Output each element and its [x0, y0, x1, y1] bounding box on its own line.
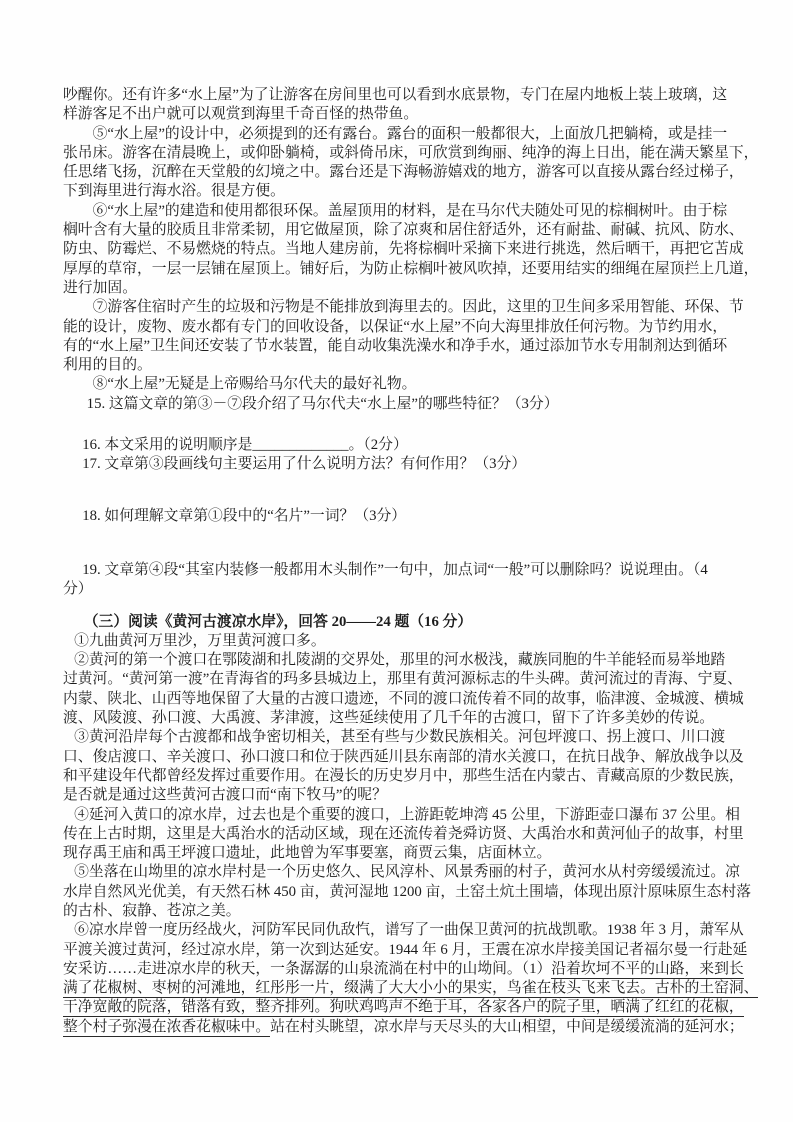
- paragraph-5b-start: ⑤坐落在山坳里的凉水岸村是一个历史悠久、民风淳朴、风景秀丽的村子，黄河水从村旁缓…: [63, 863, 731, 882]
- text-segment: 下到海里进行海水浴。很是方便。: [63, 183, 285, 199]
- text-segment: 口、俊店渡口、辛关渡口、孙口渡口和位于陕西延川县东南部的清水关渡口，在抗日战争、…: [63, 749, 744, 765]
- text-line: 平渡关渡过黄河，经过凉水岸，第一次到达延安。1944 年 6 月，王震在凉水岸接…: [63, 941, 731, 960]
- text-line: 进行加固。: [63, 279, 731, 298]
- text-segment: 平渡关渡过黄河，经过凉水岸，第一次到达延安。1944 年 6 月，王震在凉水岸接…: [63, 942, 747, 958]
- text-line: 吵醒你。还有许多“水上屋”为了让游客在房间里也可以看到水底景物，专门在屋内地板上…: [63, 86, 731, 105]
- answer-space: [63, 475, 731, 507]
- text-segment: 是否就是通过这些黄河古渡口而“南下牧马”的呢？: [63, 787, 387, 803]
- text-segment: ⑦游客住宿时产生的垃圾和污物是不能排放到海里去的。因此，这里的卫生间多采用智能、…: [93, 299, 744, 315]
- text-line: 防虫、防霉烂、不易燃烧的特点。当地人建房前，先将棕榈叶采摘下来进行挑选，然后晒干…: [63, 240, 731, 259]
- paragraph-7-start: ⑦游客住宿时产生的垃圾和污物是不能排放到海里去的。因此，这里的卫生间多采用智能、…: [63, 298, 731, 317]
- text-segment: 分）: [63, 581, 93, 597]
- text-segment: 进行加固。: [63, 280, 137, 296]
- section-heading: （三）阅读《黄河古渡凉水岸》，回答 20——24 题（16 分）: [63, 613, 731, 632]
- text-line: 下到海里进行海水浴。很是方便。: [63, 182, 731, 201]
- text-segment: （三）阅读《黄河古渡凉水岸》，回答 20——24 题（16 分）: [84, 614, 472, 630]
- text-line: 传在上古时期，这里是大禹治水的活动区域，现在还流传着尧舜访贤、大禹治水和黄河仙子…: [63, 825, 731, 844]
- text-line: 榈叶含有大量的胶质且非常柔韧，用它做屋顶，除了凉爽和居住舒适外，还有耐盐、耐碱、…: [63, 221, 731, 240]
- text-segment: 过黄河。“黄河第一渡”在青海省的玛多县城边上，那里有黄河源标志的牛头碑。黄河流过…: [63, 671, 742, 687]
- text-segment: 利用的目的。: [63, 357, 152, 373]
- text-segment: 防虫、防霉烂、不易燃烧的特点。当地人建房前，先将棕榈叶采摘下来进行挑选，然后晒干…: [63, 241, 744, 257]
- text-segment: ⑧“水上屋”无疑是上帝赐给马尔代夫的最好礼物。: [93, 376, 417, 392]
- text-segment: 内蒙、陕北、山西等地保留了大量的古渡口遗迹，不同的渡口流传着不同的故事，临津渡、…: [63, 691, 744, 707]
- text-line: 厚厚的草帘，一层一层铺在屋顶上。铺好后，为防止棕榈叶被风吹掉，还要用结实的细绳在…: [63, 260, 731, 279]
- question-18: 18. 如何理解文章第①段中的“名片”一词？（3分）: [63, 507, 731, 526]
- text-segment: 15. 这篇文章的第③－⑦段介绍了马尔代夫“水上屋”的哪些特征？（3分）: [87, 396, 559, 412]
- underlined-sentence-end: 整个村子弥漫在浓香花椒味中。站在村头眺望，凉水岸与天尽头的大山相望，中间是缓缓流…: [63, 1018, 731, 1037]
- text-segment: 任思绪飞扬，沉醉在天堂般的幻境之中。露台还是下海畅游嬉戏的地方，游客可以直接从露…: [63, 164, 744, 180]
- text-segment: ⑤坐落在山坳里的凉水岸村是一个历史悠久、民风淳朴、风景秀丽的村子，黄河水从村旁缓…: [74, 864, 740, 880]
- text-line: 渡、风陵渡、孙口渡、大禹渡、茅津渡，这些延续使用了几千年的古渡口，留下了许多美妙…: [63, 709, 731, 728]
- underlined-passage: 整个村子弥漫在浓香花椒味中。: [63, 1019, 270, 1037]
- text-line: 干净宽敞的院落，错落有致，整齐排列。狗吠鸡鸣声不绝于耳，各家各户的院子里，晒满了…: [63, 998, 731, 1017]
- text-line: 过黄河。“黄河第一渡”在青海省的玛多县城边上，那里有黄河源标志的牛头碑。黄河流过…: [63, 670, 731, 689]
- paragraph-3-start: ③黄河沿岸每个古渡都和战争密切相关，甚至有些与少数民族相关。河包坪渡口、拐上渡口…: [63, 728, 731, 747]
- text-segment: 16. 本文采用的说明顺序是_____________。（2分）: [82, 437, 408, 453]
- text-line: 样游客足不出户就可以观赏到海里千奇百怪的热带鱼。: [63, 105, 731, 124]
- text-line: 水岸自然风光优美，有天然石林 450 亩，黄河湿地 1200 亩，土窑土炕土围墙…: [63, 883, 731, 902]
- text-segment: 渡、风陵渡、孙口渡、大禹渡、茅津渡，这些延续使用了几千年的古渡口，留下了许多美妙…: [63, 710, 714, 726]
- section-break: [63, 600, 731, 613]
- question-19: 19. 文章第④段“其室内装修一般都用木头制作”一句中，加点词“一般”可以删除吗…: [63, 561, 731, 580]
- text-line: 口、俊店渡口、辛关渡口、孙口渡口和位于陕西延川县东南部的清水关渡口，在抗日战争、…: [63, 748, 731, 767]
- text-segment: 榈叶含有大量的胶质且非常柔韧，用它做屋顶，除了凉爽和居住舒适外，还有耐盐、耐碱、…: [63, 222, 744, 238]
- paragraph-6b-start: ⑥凉水岸曾一度历经战火，河防军民同仇敌忾，谱写了一曲保卫黄河的抗战凯歌。1938…: [63, 921, 731, 940]
- text-segment: 和平建设年代都曾经发挥过重要作用。在漫长的历史岁月中，那些生活在内蒙古、青藏高原…: [63, 768, 744, 784]
- paragraph-6-start: ⑥“水上屋”的建造和使用都很环保。盖屋顶用的材料，是在马尔代夫随处可见的棕榈树叶…: [63, 202, 731, 221]
- text-segment: 张吊床。游客在清晨晚上，或仰卧躺椅，或斜倚吊床，可欣赏到绚丽、纯净的海上日出，能…: [63, 145, 758, 161]
- text-line: 能的设计，废物、废水都有专门的回收设备，以保证“水上屋”不向大海里排放任何污物。…: [63, 318, 731, 337]
- text-line: 是否就是通过这些黄河古渡口而“南下牧马”的呢？: [63, 786, 731, 805]
- underlined-sentence-start: 安采访……走进凉水岸的秋天，一条潺潺的山泉流淌在村中的山坳间。（1）沿着坎坷不平…: [63, 960, 731, 979]
- paragraph-2-start: ②黄河的第一个渡口在鄂陵湖和扎陵湖的交界处，那里的河水极浅，藏族同胞的牛羊能轻而…: [63, 651, 731, 670]
- text-segment: 18. 如何理解文章第①段中的“名片”一词？（3分）: [82, 508, 406, 524]
- text-segment: ⑤“水上屋”的设计中，必须提到的还有露台。露台的面积一般都很大，上面放几把躺椅，…: [93, 126, 728, 142]
- document-page: 吵醒你。还有许多“水上屋”为了让游客在房间里也可以看到水底景物，专门在屋内地板上…: [0, 0, 793, 1122]
- text-line: 和平建设年代都曾经发挥过重要作用。在漫长的历史岁月中，那些生活在内蒙古、青藏高原…: [63, 767, 731, 786]
- text-segment: ①九曲黄河万里沙，万里黄河渡口多。: [74, 633, 326, 649]
- text-segment: 厚厚的草帘，一层一层铺在屋顶上。铺好后，为防止棕榈叶被风吹掉，还要用结实的细绳在…: [63, 261, 758, 277]
- question-16: 16. 本文采用的说明顺序是_____________。（2分）: [63, 436, 731, 455]
- document-content: 吵醒你。还有许多“水上屋”为了让游客在房间里也可以看到水底景物，专门在屋内地板上…: [0, 0, 793, 1037]
- text-segment: ④延河入黄口的凉水岸，过去也是个重要的渡口，上游距乾坤湾 45 公里，下游距壶口…: [74, 807, 740, 823]
- text-line: 任思绪飞扬，沉醉在天堂般的幻境之中。露台还是下海畅游嬉戏的地方，游客可以直接从露…: [63, 163, 731, 182]
- text-segment: 19. 文章第④段“其室内装修一般都用木头制作”一句中，加点词“一般”可以删除吗…: [82, 562, 708, 578]
- text-segment: 的古朴、寂静、苍凉之美。: [63, 903, 241, 919]
- answer-space: [63, 414, 731, 436]
- text-segment: 吵醒你。还有许多“水上屋”为了让游客在房间里也可以看到水底景物，专门在屋内地板上…: [63, 87, 727, 103]
- text-segment: 能的设计，废物、废水都有专门的回收设备，以保证“水上屋”不向大海里排放任何污物。…: [63, 319, 727, 335]
- text-line: 现存禹王庙和禹王坪渡口遗址，此地曾为军事要塞，商贾云集，店面林立。: [63, 844, 731, 863]
- underlined-passage: 沿着坎坷不平的山路，来到长: [551, 961, 743, 979]
- text-segment: 样游客足不出户就可以观赏到海里千奇百怪的热带鱼。: [63, 106, 418, 122]
- text-segment: 站在村头眺望，凉水岸与天尽头的大山相望，中间是缓缓流淌的延河水；: [270, 1019, 744, 1035]
- paragraph-1-start: ①九曲黄河万里沙，万里黄河渡口多。: [63, 632, 731, 651]
- text-segment: 安采访……走进凉水岸的秋天，一条潺潺的山泉流淌在村中的山坳间。（1）: [63, 961, 551, 977]
- answer-space: [63, 526, 731, 561]
- text-segment: 17. 文章第③段画线句主要运用了什么说明方法？有何作用？（3分）: [82, 456, 526, 472]
- text-line: 内蒙、陕北、山西等地保留了大量的古渡口遗迹，不同的渡口流传着不同的故事，临津渡、…: [63, 690, 731, 709]
- text-segment: ⑥“水上屋”的建造和使用都很环保。盖屋顶用的材料，是在马尔代夫随处可见的棕榈树叶…: [93, 203, 728, 219]
- text-line: 的古朴、寂静、苍凉之美。: [63, 902, 731, 921]
- text-line: 利用的目的。: [63, 356, 731, 375]
- text-segment: 水岸自然风光优美，有天然石林 450 亩，黄河湿地 1200 亩，土窑土炕土围墙…: [63, 884, 751, 900]
- text-segment: 传在上古时期，这里是大禹治水的活动区域，现在还流传着尧舜访贤、大禹治水和黄河仙子…: [63, 826, 744, 842]
- paragraph-5-start: ⑤“水上屋”的设计中，必须提到的还有露台。露台的面积一般都很大，上面放几把躺椅，…: [63, 125, 731, 144]
- text-segment: ③黄河沿岸每个古渡都和战争密切相关，甚至有些与少数民族相关。河包坪渡口、拐上渡口…: [74, 729, 725, 745]
- text-segment: ②黄河的第一个渡口在鄂陵湖和扎陵湖的交界处，那里的河水极浅，藏族同胞的牛羊能轻而…: [74, 652, 725, 668]
- text-line: 有的“水上屋”卫生间还安装了节水装置，能自动收集洗澡水和净手水，通过添加节水专用…: [63, 337, 731, 356]
- question-17: 17. 文章第③段画线句主要运用了什么说明方法？有何作用？（3分）: [63, 455, 731, 474]
- text-segment: ⑥凉水岸曾一度历经战火，河防军民同仇敌忾，谱写了一曲保卫黄河的抗战凯歌。1938…: [74, 922, 744, 938]
- text-line: 满了花椒树、枣树的河滩地，红彤彤一片，缀满了大大小小的果实，鸟雀在枝头飞来飞去。…: [63, 979, 731, 998]
- text-segment: 现存禹王庙和禹王坪渡口遗址，此地曾为军事要塞，商贾云集，店面林立。: [63, 845, 551, 861]
- question-15: 15. 这篇文章的第③－⑦段介绍了马尔代夫“水上屋”的哪些特征？（3分）: [63, 395, 731, 414]
- paragraph-8-start: ⑧“水上屋”无疑是上帝赐给马尔代夫的最好礼物。: [63, 375, 731, 394]
- text-line: 张吊床。游客在清晨晚上，或仰卧躺椅，或斜倚吊床，可欣赏到绚丽、纯净的海上日出，能…: [63, 144, 731, 163]
- underlined-passage: 满了花椒树、枣树的河滩地，红彤彤一片，缀满了大大小小的果实，鸟雀在枝头飞来飞去。…: [63, 980, 758, 998]
- text-line: 分）: [63, 580, 731, 599]
- paragraph-4-start: ④延河入黄口的凉水岸，过去也是个重要的渡口，上游距乾坤湾 45 公里，下游距壶口…: [63, 806, 731, 825]
- underlined-passage: 干净宽敞的院落，错落有致，整齐排列。狗吠鸡鸣声不绝于耳，各家各户的院子里，晒满了…: [63, 999, 744, 1017]
- text-segment: 有的“水上屋”卫生间还安装了节水装置，能自动收集洗澡水和净手水，通过添加节水专用…: [63, 338, 727, 354]
